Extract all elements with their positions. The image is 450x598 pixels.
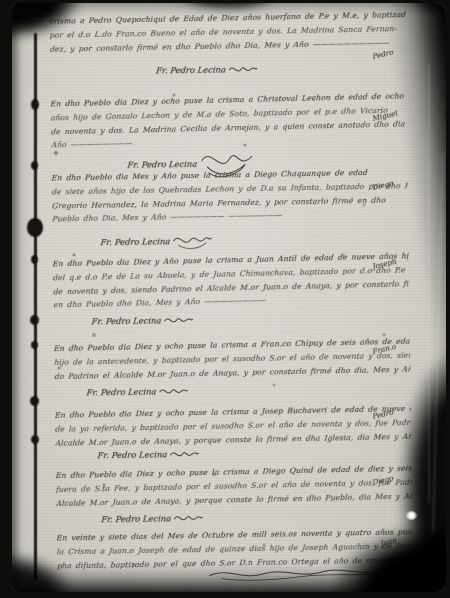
signature-rubric-icon [158,384,189,398]
register-entry: crisma a Pedro Quepochiqui de Edad de Di… [49,8,406,56]
priest-signature: Fr. Pedro Lecina [97,447,200,462]
register-entry: En dho Pueblo dia Diez y ocho puse la cr… [54,335,411,384]
stitch-knot [31,99,39,110]
signature-rubric-icon [169,447,200,461]
binding-crease [428,63,430,503]
binding-thread [34,33,37,581]
stitch-knot [31,341,38,349]
signature-name: Fr. Pedro Lecina [91,315,162,326]
signature-name: Fr. Pedro Lecina [101,513,172,524]
photo-black-border: crisma a Pedro Quepochiqui de Edad de Di… [0,0,450,598]
signature-name: Fr. Pedro Lecina [97,449,168,460]
priest-signature: Fr. Pedro Lecina [91,313,194,328]
stitch-knot [27,218,43,237]
signature-rubric-icon [163,313,194,327]
stitch-knot [30,315,39,325]
signature-name: Fr. Pedro Lecina [86,386,157,397]
light-glint [406,511,417,520]
register-entry: En dho Pueblo dia Diez y ocho puse la cr… [55,402,412,450]
priest-signature: Fr. Pedro Lecina [101,511,204,526]
closing-flourish-icon [207,565,387,582]
signature-rubric-icon [173,511,204,525]
page-edge-strip [12,29,36,581]
signature-name: Fr. Pedro Lecina [156,64,227,75]
stitch-knot [31,255,38,264]
binding-crease [432,153,444,533]
stitch-knot [31,435,39,444]
priest-signature: Fr. Pedro Lecina [155,62,258,77]
register-entries: crisma a Pedro Quepochiqui de Edad de Di… [49,3,413,592]
register-entry: En dho Pueblo dia Diez y ocho puse la cr… [50,89,407,152]
register-entry: En dho Pueblo dia Mes y Año puse la cris… [51,165,408,226]
stitch-knot [31,161,38,170]
priest-signature: Fr. Pedro Lecina [100,231,214,253]
manuscript-page: crisma a Pedro Quepochiqui de Edad de Di… [12,3,446,592]
stitch-knot [30,396,39,406]
register-entry: En dho Pueblo dia Diez y Año puse la cri… [52,249,409,312]
priest-signature: Fr. Pedro Lecina [86,384,189,399]
register-entry: En dho Pueblo dia Diez y ocho puse la cr… [56,462,413,511]
signature-rubric-icon [227,62,258,76]
signature-rubric-icon [171,231,213,252]
signature-name: Fr. Pedro Lecina [100,236,171,247]
